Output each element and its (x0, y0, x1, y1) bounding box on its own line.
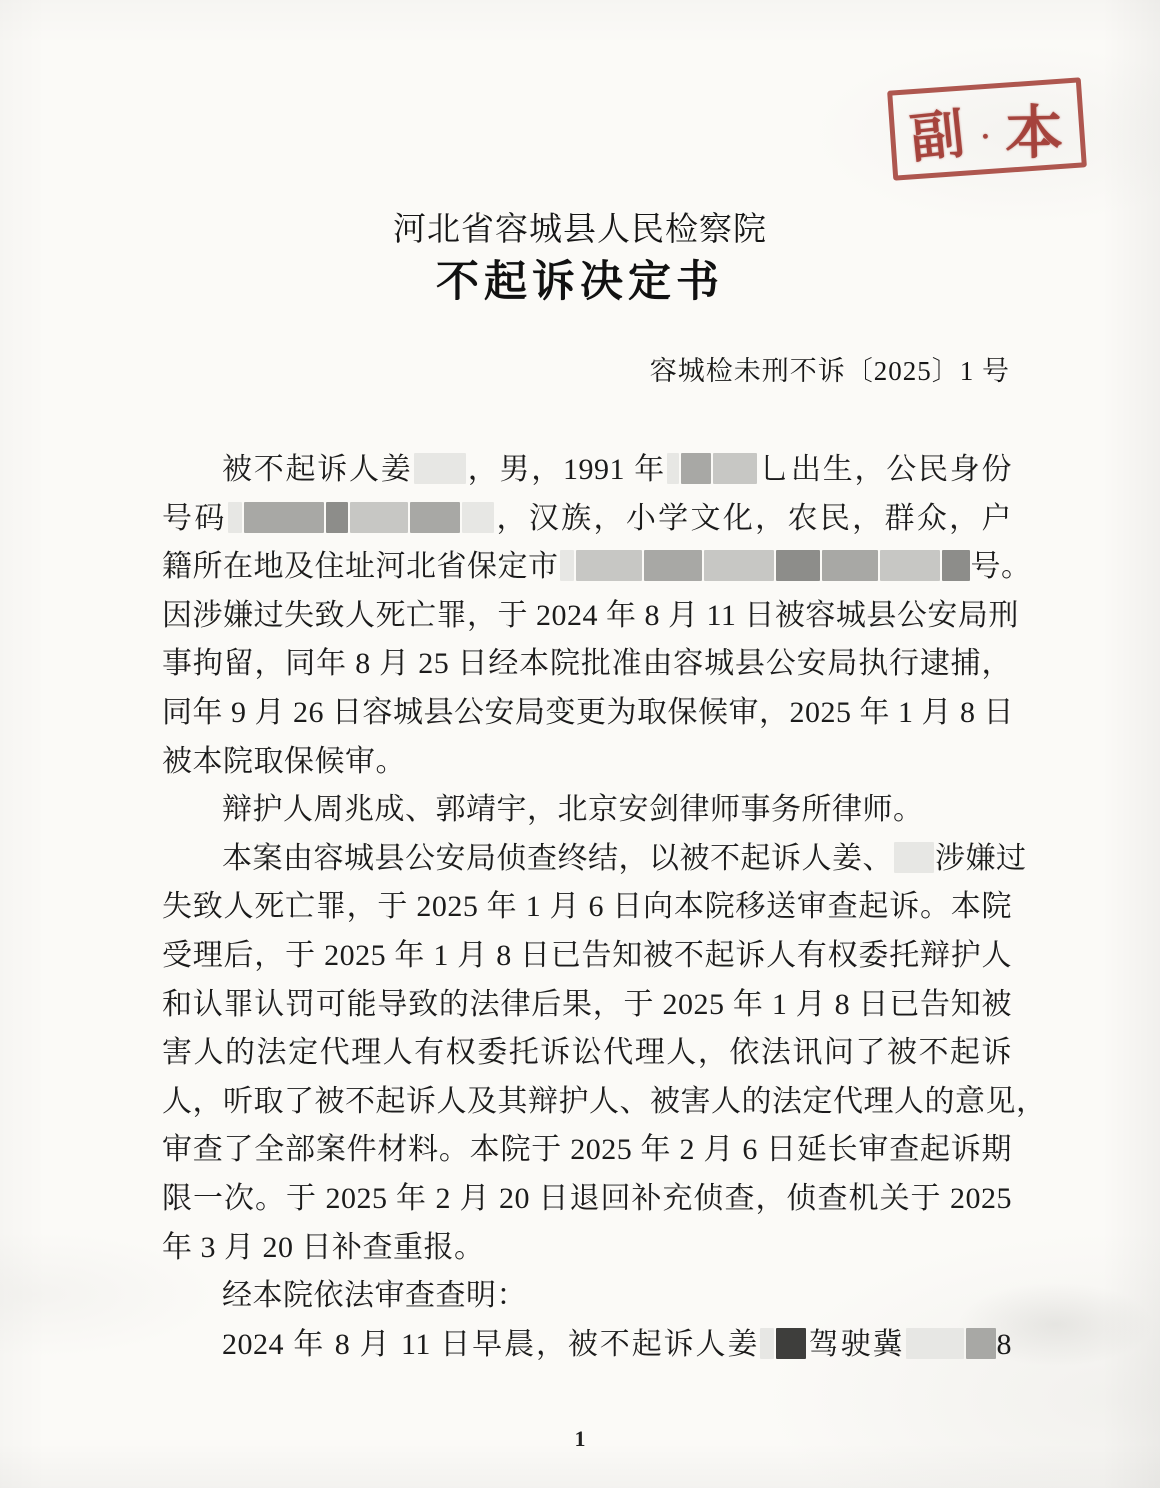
text-line: 受理后，于 2025 年 1 月 8 日已告知被不起诉人有权委托辩护人 (162, 932, 1012, 981)
text-line: 事拘留，同年 8 月 25 日经本院批准由容城县公安局执行逮捕， (162, 640, 1012, 689)
text-line: 同年 9 月 26 日容城县公安局变更为取保候审，2025 年 1 月 8 日 (162, 689, 1012, 738)
redaction-block (462, 502, 494, 533)
text-segment: 辩护人周兆成、郭靖宇，北京安剑律师事务所律师。 (222, 793, 924, 826)
text-segment: 2024 年 8 月 11 日早晨，被不起诉人姜 (222, 1328, 759, 1361)
text-segment: 驾驶冀 (807, 1328, 904, 1361)
text-segment: ，男，1991 年 (467, 453, 667, 486)
text-line: 被不起诉人姜，男，1991 年乚出生，公民身份 (162, 446, 1012, 495)
stamp-dot: · (979, 120, 991, 155)
copy-stamp: 副 · 本 (887, 77, 1087, 180)
scanned-document-page: 副 · 本 河北省容城县人民检察院 不起诉决定书 容城检未刑不诉〔2025〕1 … (0, 0, 1160, 1488)
redaction-block (667, 453, 679, 484)
redaction-block (244, 502, 324, 533)
text-line: 经本院依法审查查明： (162, 1272, 1012, 1321)
redaction-block (776, 550, 820, 581)
text-line: 害人的法定代理人有权委托诉讼代理人，依法讯问了被不起诉 (162, 1029, 1012, 1078)
text-segment: 籍所在地及住址河北省保定市 (162, 550, 559, 583)
text-segment: 年 3 月 20 日补查重报。 (162, 1231, 485, 1264)
doc-title: 不起诉决定书 (0, 248, 1160, 309)
redaction-block (576, 550, 642, 581)
text-line: 被本院取保候审。 (162, 738, 1012, 787)
redaction-block (966, 1328, 996, 1359)
text-segment: 本案由容城县公安局侦查终结，以被不起诉人姜、 (222, 842, 893, 875)
stamp-character: 副 (907, 90, 969, 172)
text-line: 失致人死亡罪，于 2025 年 1 月 6 日向本院移送审查起诉。本院 (162, 883, 1012, 932)
text-line: 人，听取了被不起诉人及其辩护人、被害人的法定代理人的意见， (162, 1078, 1012, 1127)
text-segment: 限一次。于 2025 年 2 月 20 日退回补充侦查，侦查机关于 2025 (162, 1182, 1012, 1215)
redaction-block (906, 1328, 964, 1359)
text-segment: 号。 (971, 550, 1032, 583)
text-line: 2024 年 8 月 11 日早晨，被不起诉人姜驾驶冀8 (162, 1321, 1012, 1370)
redaction-block (776, 1328, 806, 1359)
text-segment: 8 (997, 1328, 1013, 1361)
text-line: 辩护人周兆成、郭靖宇，北京安剑律师事务所律师。 (162, 786, 1012, 835)
text-segment: 同年 9 月 26 日容城县公安局变更为取保候审，2025 年 1 月 8 日 (162, 696, 1014, 729)
redaction-block (681, 453, 711, 484)
text-line: 因涉嫌过失致人死亡罪，于 2024 年 8 月 11 日被容城县公安局刑 (162, 592, 1012, 641)
text-line: 号码，汉族，小学文化，农民，群众，户 (162, 495, 1012, 544)
text-segment: 害人的法定代理人有权委托诉讼代理人，依法讯问了被不起诉 (162, 1036, 1012, 1069)
redaction-block (644, 550, 702, 581)
org-name: 河北省容城县人民检察院 (0, 203, 1160, 250)
redaction-block (410, 502, 460, 533)
redaction-block (880, 550, 940, 581)
text-segment: 被本院取保候审。 (162, 745, 406, 778)
redaction-block (228, 502, 242, 533)
document-body: 被不起诉人姜，男，1991 年乚出生，公民身份号码，汉族，小学文化，农民，群众，… (162, 446, 1012, 1369)
text-line: 本案由容城县公安局侦查终结，以被不起诉人姜、涉嫌过 (162, 835, 1012, 884)
stamp-character: 本 (1005, 85, 1064, 170)
text-segment: 审查了全部案件材料。本院于 2025 年 2 月 6 日延长审查起诉期 (162, 1133, 1012, 1166)
redaction-block (942, 550, 970, 581)
redaction-block (560, 550, 574, 581)
text-segment: 失致人死亡罪，于 2025 年 1 月 6 日向本院移送审查起诉。本院 (162, 890, 1012, 923)
text-segment: 人，听取了被不起诉人及其辩护人、被害人的法定代理人的意见， (162, 1085, 1047, 1118)
text-segment: 乚出生，公民身份 (758, 453, 1012, 486)
text-segment: 因涉嫌过失致人死亡罪，于 2024 年 8 月 11 日被容城县公安局刑 (162, 599, 1019, 632)
redaction-block (713, 453, 757, 484)
redaction-block (894, 842, 934, 873)
redaction-block (760, 1328, 774, 1359)
redaction-block (414, 453, 466, 484)
text-segment: 被不起诉人姜 (222, 453, 413, 486)
text-segment: 号码 (162, 502, 227, 535)
text-line: 和认罪认罚可能导致的法律后果，于 2025 年 1 月 8 日已告知被 (162, 981, 1012, 1030)
text-segment: 和认罪认罚可能导致的法律后果，于 2025 年 1 月 8 日已告知被 (162, 988, 1012, 1021)
redaction-block (704, 550, 774, 581)
text-segment: 事拘留，同年 8 月 25 日经本院批准由容城县公安局执行逮捕， (162, 647, 1012, 680)
text-segment: ，汉族，小学文化，农民，群众，户 (495, 502, 1012, 535)
text-segment: 受理后，于 2025 年 1 月 8 日已告知被不起诉人有权委托辩护人 (162, 939, 1012, 972)
text-line: 限一次。于 2025 年 2 月 20 日退回补充侦查，侦查机关于 2025 (162, 1175, 1012, 1224)
redaction-block (822, 550, 878, 581)
text-line: 籍所在地及住址河北省保定市号。 (162, 543, 1012, 592)
text-line: 审查了全部案件材料。本院于 2025 年 2 月 6 日延长审查起诉期 (162, 1126, 1012, 1175)
text-segment: 涉嫌过 (935, 842, 1027, 875)
redaction-block (350, 502, 408, 533)
text-segment: 经本院依法审查查明： (222, 1279, 527, 1312)
redaction-block (326, 502, 348, 533)
doc-number: 容城检未刑不诉〔2025〕1 号 (650, 349, 1010, 388)
page-number: 1 (0, 1426, 1160, 1452)
text-line: 年 3 月 20 日补查重报。 (162, 1224, 1012, 1273)
